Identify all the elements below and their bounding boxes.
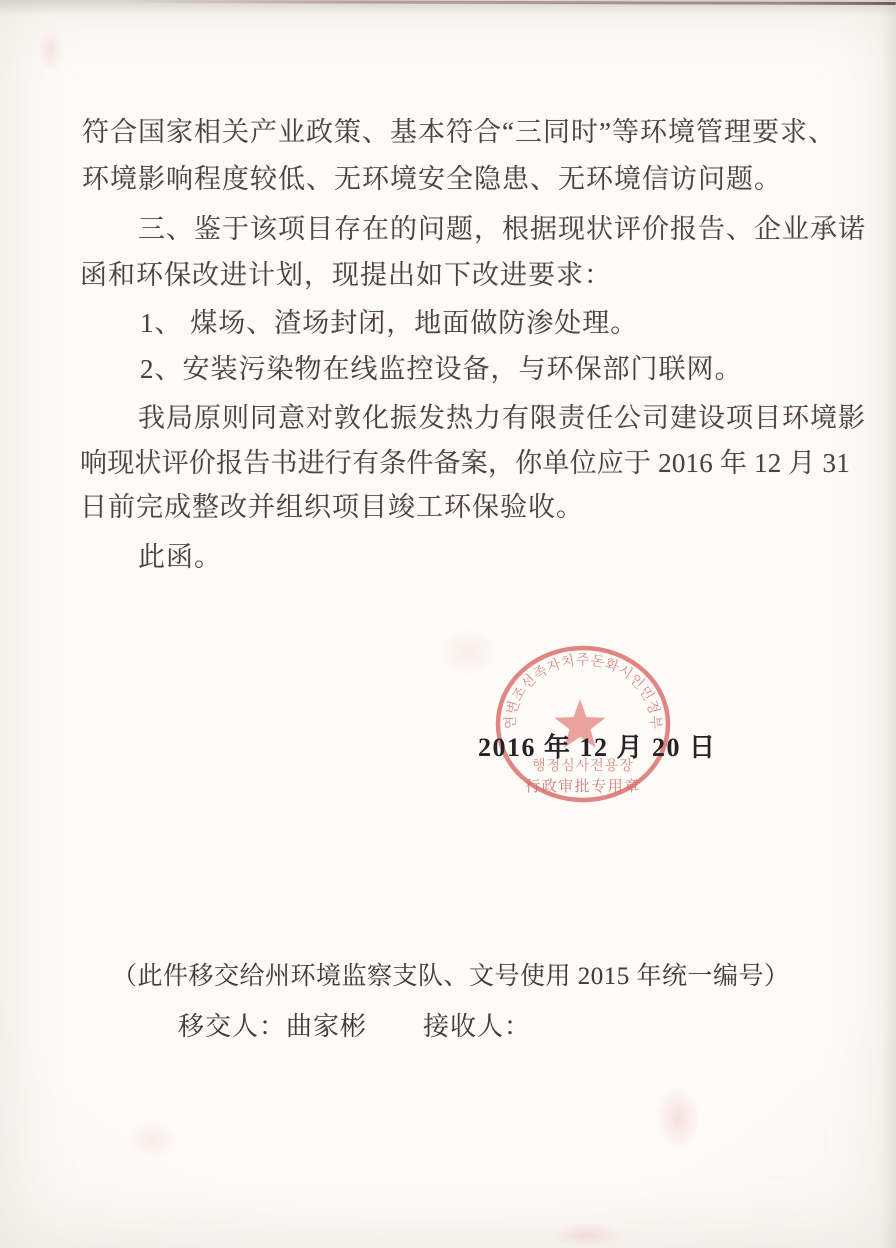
body-line: 三、鉴于该项目存在的问题，根据现状评价报告、企业承诺	[138, 214, 866, 245]
footer-note: （此件移交给州环境监察支队、文号使用 2015 年统一编号）	[112, 956, 790, 992]
document-page: 符合国家相关产业政策、基本符合“三同时”等环境管理要求、 环境影响程度较低、无环…	[0, 0, 896, 1248]
body-line: 我局原则同意对敦化振发热力有限责任公司建设项目环境影	[138, 403, 866, 434]
ink-smudge	[656, 1086, 700, 1150]
body-line: 响现状评价报告书进行有条件备案，你单位应于 2016 年 12 月 31	[80, 448, 850, 479]
ink-smudge	[552, 1224, 622, 1246]
body-line: 符合国家相关产业政策、基本符合“三同时”等环境管理要求、	[82, 117, 836, 148]
body-line: 函和环保改进计划，现提出如下改进要求：	[80, 260, 612, 291]
body-line: 环境影响程度较低、无环境安全隐患、无环境信访问题。	[82, 164, 782, 195]
body-line-list-item: 1、 煤场、渣场封闭，地面做防渗处理。	[140, 308, 638, 339]
official-seal: 연변조선족자치주돈화시인민정부 행정심사전용장 行政审批专用章	[472, 628, 694, 812]
seal-chinese-line: 行政审批专用章	[525, 777, 641, 795]
body-line-list-item: 2、安装污染物在线监控设备，与环保部门联网。	[140, 354, 743, 385]
scan-artifact-line	[120, 0, 896, 5]
footer-signature-row: 移交人：曲家彬 接收人：	[178, 1006, 531, 1043]
ink-smudge	[38, 28, 64, 72]
issue-date: 2016 年 12 月 20 日	[478, 727, 717, 764]
body-line-closing: 此函。	[138, 542, 222, 573]
transfer-person: 移交人：曲家彬	[178, 1006, 367, 1043]
ink-smudge	[126, 1118, 180, 1160]
receiver-person: 接收人：	[423, 1006, 531, 1043]
body-line: 日前完成整改并组织项目竣工环保验收。	[80, 492, 584, 523]
